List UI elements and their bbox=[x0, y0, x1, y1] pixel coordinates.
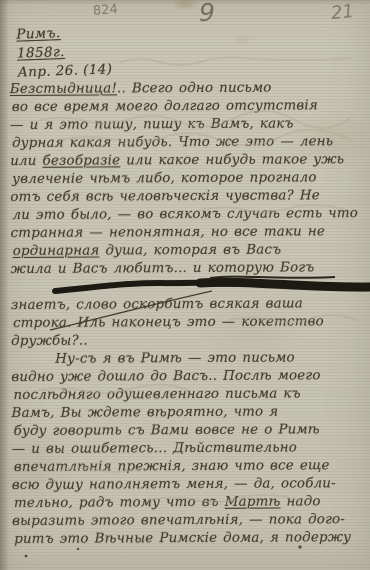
manuscript-line: послѣдняго одушевленнаго письма къ bbox=[13, 385, 370, 405]
manuscript-line: Вамъ, Вы ждете вѣроятно, что я bbox=[11, 403, 370, 423]
line-text: — и вы ошибетесь... Дѣйствительно bbox=[12, 440, 297, 456]
dateline-place-text: Римъ. bbox=[16, 25, 61, 43]
line-text: Ну-съ я въ Римѣ — это письмо bbox=[55, 350, 295, 366]
manuscript-line: буду говорить съ Вами вовсе не о Римѣ bbox=[14, 421, 370, 441]
line-text: послѣдняго одушевленнаго письма къ bbox=[13, 386, 300, 403]
line-text: Безстыдница! bbox=[10, 81, 117, 97]
manuscript-line: ритъ это Вѣчные Римскіе дома, я подержу bbox=[14, 529, 370, 549]
manuscript-line: выразить этого впечатлѣнія, — пока дого- bbox=[12, 511, 370, 531]
line-text: душа, которая въ Васъ bbox=[99, 243, 281, 259]
line-text: .. Всего одно письмо bbox=[117, 81, 272, 97]
line-text: отъ себя всѣ человѣческія чувства? Не bbox=[10, 188, 320, 205]
archival-number-center: 9 bbox=[199, 0, 215, 27]
line-text: строка. Иль наконецъ это — кокетство bbox=[13, 314, 324, 331]
manuscript-line: строка. Иль наконецъ это — кокетство bbox=[13, 313, 370, 333]
archival-number-left: 824 bbox=[93, 2, 119, 19]
line-text: буду говорить съ Вами вовсе не о Римѣ bbox=[14, 422, 320, 439]
manuscript-page: 824 9 21 Римъ. 1858г. Апр. 26. (14) Безс… bbox=[0, 0, 370, 570]
dateline-date: Апр. 26. (14) bbox=[17, 60, 112, 82]
manuscript-line: жила и Васъ любитъ... и которую Богъ bbox=[11, 259, 370, 279]
manuscript-line: странная — непонятная, но все таки не bbox=[11, 223, 370, 243]
line-text: знаетъ, слово оскорбитъ всякая ваша bbox=[11, 296, 303, 313]
line-text: во все время моего долгаго отсутствія bbox=[12, 98, 318, 115]
line-text: странная — непонятная, но все таки не bbox=[11, 224, 326, 241]
archival-number-right: 21 bbox=[330, 1, 355, 24]
line-text: увлеченіе чѣмъ либо, которое прогнало bbox=[12, 170, 316, 187]
manuscript-line: тельно, радъ тому что въ Мартѣ надо bbox=[14, 493, 370, 513]
line-text: безобразіе bbox=[43, 153, 121, 168]
dateline-year-text: 1858г. bbox=[17, 44, 65, 62]
manuscript-line: дурная какая нибудь. Что же это — лень bbox=[12, 133, 370, 153]
manuscript-line: во все время моего долгаго отсутствія bbox=[12, 97, 370, 117]
manuscript-line: — и я это пишу, пишу къ Вамъ, какъ bbox=[10, 115, 370, 135]
dateline: Римъ. 1858г. Апр. 26. (14) bbox=[16, 22, 113, 82]
line-text: или bbox=[10, 154, 42, 169]
line-text: ритъ это Вѣчные Римскіе дома, я подержу bbox=[14, 530, 351, 547]
manuscript-line-redacted bbox=[13, 277, 370, 297]
manuscript-line: увлеченіе чѣмъ либо, которое прогнало bbox=[12, 169, 370, 189]
manuscript-line: или безобразіе или какое нибудь такое уж… bbox=[10, 151, 370, 171]
line-text: Мартѣ bbox=[225, 495, 281, 510]
manuscript-line: знаетъ, слово оскорбитъ всякая ваша bbox=[11, 295, 370, 315]
manuscript-line: дружбы?.. bbox=[11, 331, 370, 351]
line-text: Вамъ, Вы ждете вѣроятно, что я bbox=[11, 405, 278, 421]
line-text: которую Богъ bbox=[208, 260, 315, 276]
manuscript-line: ординарная душа, которая въ Васъ bbox=[13, 241, 370, 261]
manuscript-line: Ну-съ я въ Римѣ — это письмо bbox=[13, 349, 370, 369]
line-text: видно уже дошло до Васъ.. Послѣ моего bbox=[11, 368, 320, 385]
manuscript-line: впечатлѣнія прежнія, знаю что все еще bbox=[14, 457, 370, 477]
line-text: дурная какая нибудь. Что же это — лень bbox=[12, 134, 333, 151]
manuscript-line: всю душу наполняетъ меня, — да, особли- bbox=[12, 475, 370, 495]
line-text: выразить этого впечатлѣнія, — пока дого- bbox=[12, 512, 345, 529]
manuscript-line: ли это было, — во всякомъ случаѣ есть чт… bbox=[12, 205, 370, 225]
manuscript-line: видно уже дошло до Васъ.. Послѣ моего bbox=[11, 367, 370, 387]
line-text: впечатлѣнія прежнія, знаю что все еще bbox=[14, 458, 330, 475]
line-text: надо bbox=[280, 494, 320, 509]
line-text: дружбы?.. bbox=[11, 334, 88, 349]
manuscript-line: — и вы ошибетесь... Дѣйствительно bbox=[12, 439, 370, 459]
letter-body: Безстыдница!.. Всего одно письмо во все … bbox=[10, 79, 370, 549]
manuscript-line: отъ себя всѣ человѣческія чувства? Не bbox=[10, 187, 370, 207]
line-text: жила и Васъ любитъ... и bbox=[11, 261, 208, 277]
line-text: ординарная bbox=[13, 243, 100, 258]
line-text: всю душу наполняетъ меня, — да, особли- bbox=[12, 476, 336, 493]
line-text: ли это было, — во всякомъ случаѣ есть чт… bbox=[12, 206, 358, 223]
line-text: или какое нибудь такое ужь bbox=[120, 152, 344, 168]
line-text: — и я это пишу, пишу къ Вамъ, какъ bbox=[10, 116, 294, 132]
manuscript-line: Безстыдница!.. Всего одно письмо bbox=[10, 79, 370, 99]
line-text: тельно, радъ тому что въ bbox=[14, 495, 225, 511]
